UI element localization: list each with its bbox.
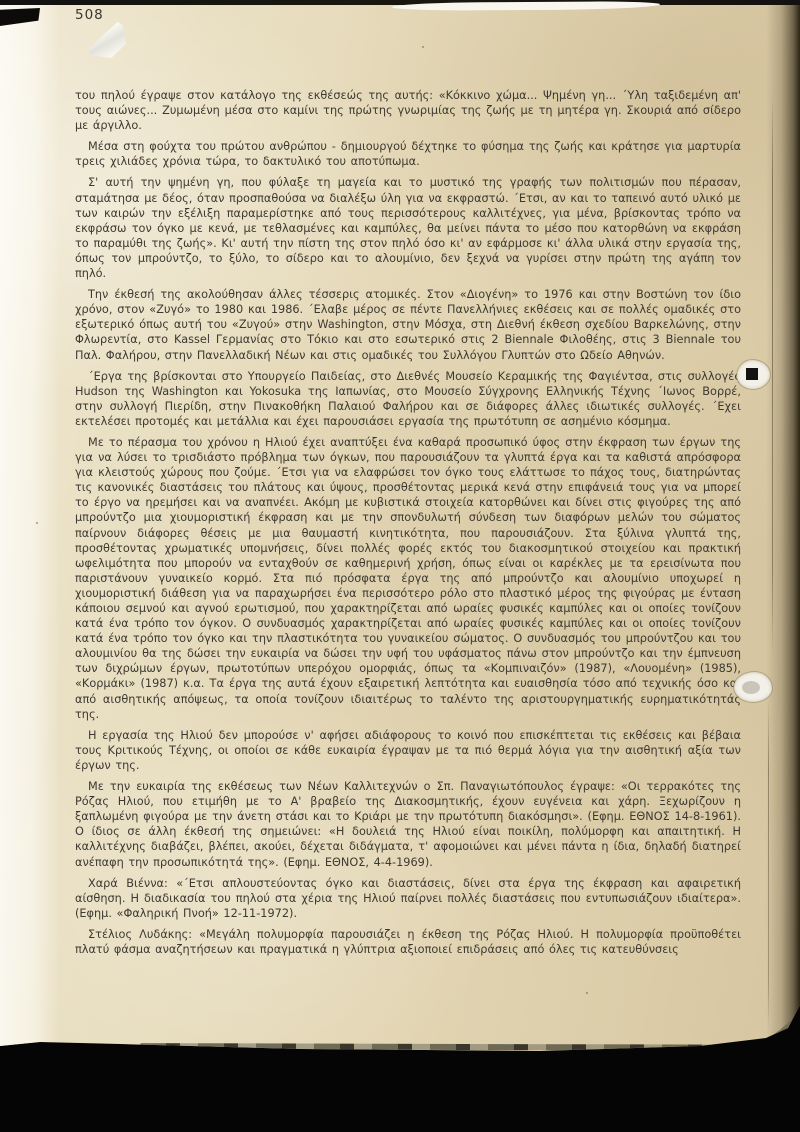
paragraph: Την έκθεσή της ακολούθησαν άλλες τέσσερι… (75, 287, 741, 362)
paper-speck (36, 522, 38, 524)
punch-hole-mark-bottom (734, 672, 772, 702)
scanner-background: 508 του πηλού έγραψε στον κατάλογο της ε… (0, 0, 800, 1132)
paragraph: ΄Εργα της βρίσκονται στο Υπουργείο Παιδε… (75, 369, 741, 429)
paragraph: Χαρά Βιέννα: «΄Ετσι απλουστεύοντας όγκο … (75, 876, 741, 921)
paragraph: Με το πέρασμα του χρόνου η Ηλιού έχει αν… (75, 435, 741, 722)
paragraph: Σ' αυτή την ψημένη γη, που φύλαξε τη μαγ… (75, 175, 741, 281)
punch-hole-center-gray (742, 681, 760, 694)
scan-bottom-edge-remnant (140, 1043, 800, 1051)
page-text: του πηλού έγραψε στον κατάλογο της εκθέσ… (75, 88, 741, 963)
paper-crease-line-upper (772, 95, 773, 655)
paragraph: Με την ευκαιρία της εκθέσεως των Νέων Κα… (75, 779, 741, 870)
paragraph: Στέλιος Λυδάκης: «Μεγάλη πολυμορφία παρο… (75, 927, 741, 957)
page-number: 508 (75, 7, 104, 23)
paper-fold-tear-mark (88, 22, 126, 58)
paragraph: του πηλού έγραψε στον κατάλογο της εκθέσ… (75, 88, 741, 133)
paper-speck (422, 46, 424, 48)
punch-hole-center-dark (746, 368, 758, 380)
page-binding-light-edge (0, 0, 60, 1052)
paragraph: Η εργασία της Ηλιού δεν μπορούσε ν' αφήσ… (75, 728, 741, 773)
paper-speck (586, 992, 588, 994)
paper-crease-line-lower (768, 700, 769, 1030)
scanned-book-page: 508 του πηλού έγραψε στον κατάλογο της ε… (0, 0, 800, 1052)
punch-hole-mark-top (737, 360, 770, 389)
scan-top-edge (0, 0, 800, 5)
paragraph: Μέσα στη φούχτα του πρώτου ανθρώπου - δη… (75, 139, 741, 169)
